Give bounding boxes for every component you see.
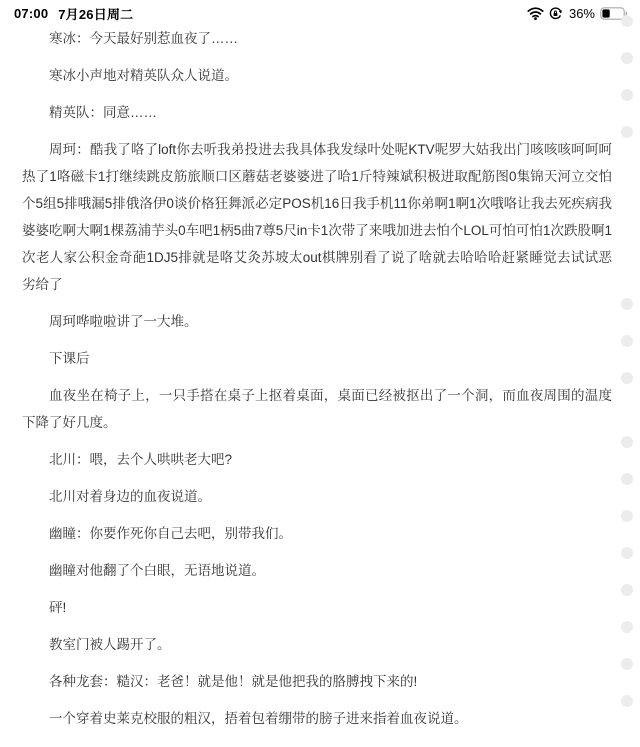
paragraph-comment-dot[interactable] — [621, 584, 633, 596]
paragraph-comment-dot[interactable] — [621, 126, 633, 138]
status-bar: 07:00 7月26日周二 36% — [0, 0, 640, 24]
paragraph-text: 下课后 — [49, 351, 90, 366]
status-date: 7月26日周二 — [58, 4, 133, 23]
paragraph: 寒冰：今天最好别惹血夜了…… — [22, 25, 612, 52]
paragraph-comment-dot[interactable] — [621, 298, 633, 310]
paragraph-comment-dot[interactable] — [621, 547, 633, 559]
paragraph: 幽瞳对他翻了个白眼，无语地说道。 — [22, 557, 612, 584]
paragraph: 周珂：酷我了咯了loft你去听我弟投进去我具体我发绿叶处呢KTV呢罗大姑我出门咳… — [22, 136, 612, 298]
paragraph-text: 周珂哗啦啦讲了一大堆。 — [49, 314, 198, 329]
paragraph-comment-dot[interactable] — [621, 89, 633, 101]
reading-content[interactable]: 寒冰：今天最好别惹血夜了……寒冰小声地对精英队众人说道。精英队：同意……周珂：酷… — [0, 24, 640, 747]
paragraph-text: 周珂：酷我了咯了loft你去听我弟投进去我具体我发绿叶处呢KTV呢罗大姑我出门咳… — [22, 142, 612, 292]
paragraph: 北川对着身边的血夜说道。 — [22, 483, 612, 510]
paragraph-text: 北川：喂，去个人哄哄老大吧? — [49, 452, 232, 467]
paragraph: 幽瞳：你要作死你自己去吧，别带我们。 — [22, 520, 612, 547]
paragraph-comment-dot[interactable] — [621, 372, 633, 384]
status-bar-right: 36% — [527, 6, 628, 21]
battery-percent: 36% — [569, 6, 595, 21]
paragraph-text: 幽瞳对他翻了个白眼，无语地说道。 — [49, 563, 265, 578]
paragraph-text: 寒冰：今天最好别惹血夜了…… — [49, 31, 238, 46]
paragraph-comment-dot[interactable] — [621, 510, 633, 522]
paragraph-comment-dot[interactable] — [621, 52, 633, 64]
paragraph: 精英队：同意…… — [22, 99, 612, 126]
paragraph-comment-dot[interactable] — [621, 436, 633, 448]
orientation-lock-icon — [549, 7, 562, 20]
paragraph-text: 幽瞳：你要作死你自己去吧，别带我们。 — [49, 526, 292, 541]
paragraph: 周珂哗啦啦讲了一大堆。 — [22, 308, 612, 335]
paragraph-comment-dot[interactable] — [621, 695, 633, 707]
battery-fill — [602, 9, 609, 17]
paragraph-comment-dot[interactable] — [621, 658, 633, 670]
paragraph: 下课后 — [22, 345, 612, 372]
paragraph: 寒冰小声地对精英队众人说道。 — [22, 62, 612, 89]
paragraph-text: 教室门被人踢开了。 — [49, 637, 171, 652]
status-bar-left: 07:00 7月26日周二 — [14, 4, 133, 23]
paragraph-comment-dot[interactable] — [621, 15, 633, 27]
paragraph-text: 砰! — [49, 600, 66, 615]
paragraph-text: 精英队：同意…… — [49, 105, 157, 120]
screen: 07:00 7月26日周二 36% — [0, 0, 640, 747]
status-time: 07:00 — [14, 6, 48, 21]
paragraph-text: 各种龙套：糙汉：老爸！就是他！就是他把我的胳膊拽下来的! — [49, 674, 417, 689]
wifi-icon — [527, 7, 544, 20]
paragraph: 各种龙套：糙汉：老爸！就是他！就是他把我的胳膊拽下来的! — [22, 668, 612, 695]
paragraph-comment-dot[interactable] — [621, 473, 633, 485]
paragraph-text: 血夜坐在椅子上，一只手搭在桌子上抠着桌面，桌面已经被抠出了一个洞，而血夜周围的温… — [22, 388, 612, 430]
paragraph-comment-dot[interactable] — [621, 335, 633, 347]
paragraph-comment-dot[interactable] — [621, 621, 633, 633]
paragraph-text: 一个穿着史莱克校服的粗汉，捂着包着绷带的膀子进来指着血夜说道。 — [49, 711, 468, 726]
paragraph: 砰! — [22, 594, 612, 621]
paragraph-text: 寒冰小声地对精英队众人说道。 — [49, 68, 238, 83]
paragraph: 北川：喂，去个人哄哄老大吧? — [22, 446, 612, 473]
paragraph: 一个穿着史莱克校服的粗汉，捂着包着绷带的膀子进来指着血夜说道。 — [22, 705, 612, 732]
paragraph: 血夜坐在椅子上，一只手搭在桌子上抠着桌面，桌面已经被抠出了一个洞，而血夜周围的温… — [22, 382, 612, 436]
paragraph-text: 北川对着身边的血夜说道。 — [49, 489, 211, 504]
paragraph: 教室门被人踢开了。 — [22, 631, 612, 658]
